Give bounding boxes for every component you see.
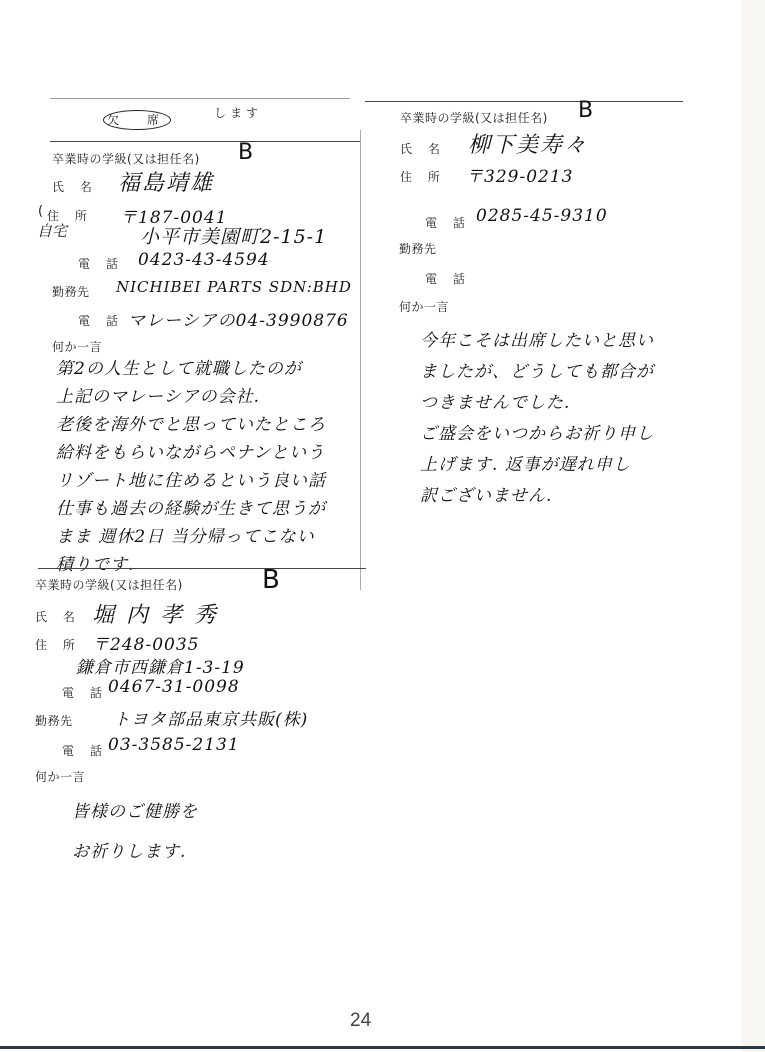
- name-label: 氏 名: [52, 178, 98, 195]
- page-number: 24: [350, 1010, 371, 1032]
- phone-label: 電 話: [62, 684, 108, 701]
- work-phone-value: 03-3585-2131: [108, 735, 240, 755]
- phone-value: 0423-43-4594: [138, 250, 270, 270]
- grade-value: B: [262, 565, 280, 595]
- workplace-label: 勤務先: [35, 712, 73, 729]
- message-line: リゾート地に住めるという良い話: [56, 467, 326, 495]
- work-phone-label: 電 話: [425, 270, 471, 287]
- postal-code: 〒329-0213: [466, 162, 573, 187]
- grade-label: 卒業時の学級(又は担任名): [400, 109, 548, 126]
- divider: [50, 141, 360, 142]
- address-value: 鎌倉市西鎌倉1-3-19: [76, 653, 245, 678]
- message-line: 今年こそは出席したいと思い: [420, 326, 654, 357]
- message-line: 老後を海外でと思っていたところ: [56, 411, 326, 439]
- divider: [38, 568, 366, 569]
- message-line: ましたが、どうしても都合が: [420, 357, 654, 388]
- message-line: まま 週休2日 当分帰ってこない: [56, 523, 326, 551]
- work-phone-label: 電 話: [78, 312, 124, 329]
- grade-value: B: [238, 140, 253, 165]
- workplace-value: トヨタ部品東京共販(株): [113, 705, 308, 730]
- divider: [365, 101, 683, 102]
- message-body: 今年こそは出席したいと思い ましたが、どうしても都合が つきませんでした. ご盛…: [420, 326, 654, 512]
- message-line: お祈りします.: [72, 832, 198, 872]
- divider: [50, 98, 350, 99]
- address-value: 小平市美園町2-15-1: [140, 222, 327, 249]
- message-body: 皆様のご健勝を お祈りします.: [72, 792, 198, 872]
- message-line: 第2の人生として就職したのが: [56, 355, 326, 383]
- phone-value: 0285-45-9310: [476, 206, 608, 226]
- scan-edge-strip: [742, 0, 765, 1052]
- work-phone-label: 電 話: [62, 742, 108, 759]
- message-line: 訳ございません.: [420, 481, 654, 512]
- message-label: 何か一言: [52, 338, 102, 355]
- attendance-absent-circled: 欠 席: [103, 110, 171, 130]
- workplace-label: 勤務先: [399, 240, 437, 257]
- message-line: 上記のマレーシアの会社.: [56, 383, 326, 411]
- address-label: 住 所: [35, 636, 81, 653]
- message-line: ご盛会をいつからお祈り申し: [420, 419, 654, 450]
- message-line: 積りです.: [56, 551, 326, 579]
- message-line: 給料をもらいながらペナンという: [56, 439, 326, 467]
- scan-bottom-edge: [0, 1046, 765, 1049]
- message-label: 何か一言: [399, 298, 449, 315]
- grade-label: 卒業時の学級(又は担任名): [52, 150, 200, 167]
- workplace-label: 勤務先: [52, 283, 90, 300]
- name-value: 福島靖雄: [118, 166, 214, 197]
- message-label: 何か一言: [35, 768, 85, 785]
- postal-code: 〒248-0035: [92, 630, 199, 655]
- phone-value: 0467-31-0098: [108, 677, 240, 697]
- grade-value: B: [578, 98, 593, 123]
- message-line: 皆様のご健勝を: [72, 792, 198, 832]
- message-line: つきませんでした.: [420, 388, 654, 419]
- workplace-value: NICHIBEI PARTS SDN:BHD: [116, 278, 352, 296]
- attendance-suffix: します: [214, 104, 262, 121]
- address-label: 住 所: [400, 168, 446, 185]
- column-divider: [360, 130, 361, 590]
- address-note: 自宅: [37, 220, 67, 241]
- work-phone-value: マレーシアの04-3990876: [128, 306, 349, 331]
- message-body: 第2の人生として就職したのが 上記のマレーシアの会社. 老後を海外でと思っていた…: [56, 355, 326, 579]
- bracket-mark: (: [38, 204, 43, 219]
- grade-label: 卒業時の学級(又は担任名): [35, 576, 183, 593]
- name-label: 氏 名: [400, 140, 446, 157]
- name-value: 柳下美寿々: [468, 128, 588, 159]
- name-label: 氏 名: [35, 608, 81, 625]
- message-line: 上げます. 返事が遅れ申し: [420, 450, 654, 481]
- message-line: 仕事も過去の経験が生きて思うが: [56, 495, 326, 523]
- phone-label: 電 話: [78, 255, 124, 272]
- name-value: 堀内孝秀: [92, 598, 228, 629]
- phone-label: 電 話: [425, 214, 471, 231]
